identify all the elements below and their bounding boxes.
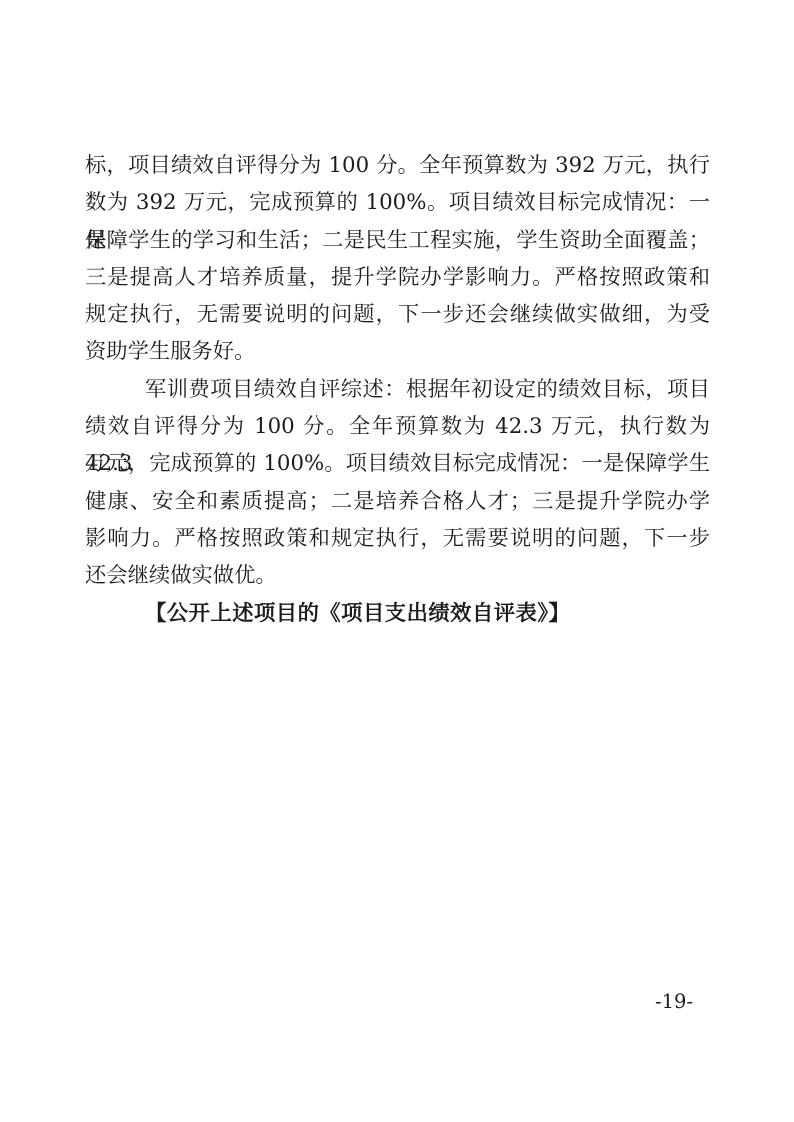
text-content: 标，项目绩效自评得分为 100 分。全年预算数为 392 万元，执行 数为 39… [85,147,710,632]
paragraph-line: 绩效自评得分为 100 分。全年预算数为 42.3 万元，执行数为 42.3 [85,408,710,445]
paragraph-2: 军训费项目绩效自评综述：根据年初设定的绩效目标，项目 绩效自评得分为 100 分… [85,371,710,595]
paragraph-line: 保障学生的学习和生活；二是民生工程实施，学生资助全面覆盖； [85,222,710,259]
paragraph-line: 三是提高人才培养质量，提升学院办学影响力。严格按照政策和 [85,259,710,296]
paragraph-line: 万元，完成预算的 100%。项目绩效目标完成情况：一是保障学生 [85,445,710,482]
paragraph-line: 健康、安全和素质提高；二是培养合格人才；三是提升学院办学 [85,483,710,520]
paragraph-line: 数为 392 万元，完成预算的 100%。项目绩效目标完成情况：一是 [85,184,710,221]
paragraph-line: 还会继续做实做优。 [85,557,710,594]
paragraph-1: 标，项目绩效自评得分为 100 分。全年预算数为 392 万元，执行 数为 39… [85,147,710,371]
document-page: 标，项目绩效自评得分为 100 分。全年预算数为 392 万元，执行 数为 39… [0,0,794,1122]
paragraph-line: 影响力。严格按照政策和规定执行，无需要说明的问题，下一步 [85,520,710,557]
paragraph-line: 军训费项目绩效自评综述：根据年初设定的绩效目标，项目 [85,371,710,408]
page-number: -19- [648,991,700,1013]
paragraph-line: 标，项目绩效自评得分为 100 分。全年预算数为 392 万元，执行 [85,147,710,184]
paragraph-line: 规定执行，无需要说明的问题，下一步还会继续做实做细，为受 [85,296,710,333]
paragraph-line: 资助学生服务好。 [85,333,710,370]
bold-note-line: 【公开上述项目的《项目支出绩效自评表》】 [85,595,710,632]
